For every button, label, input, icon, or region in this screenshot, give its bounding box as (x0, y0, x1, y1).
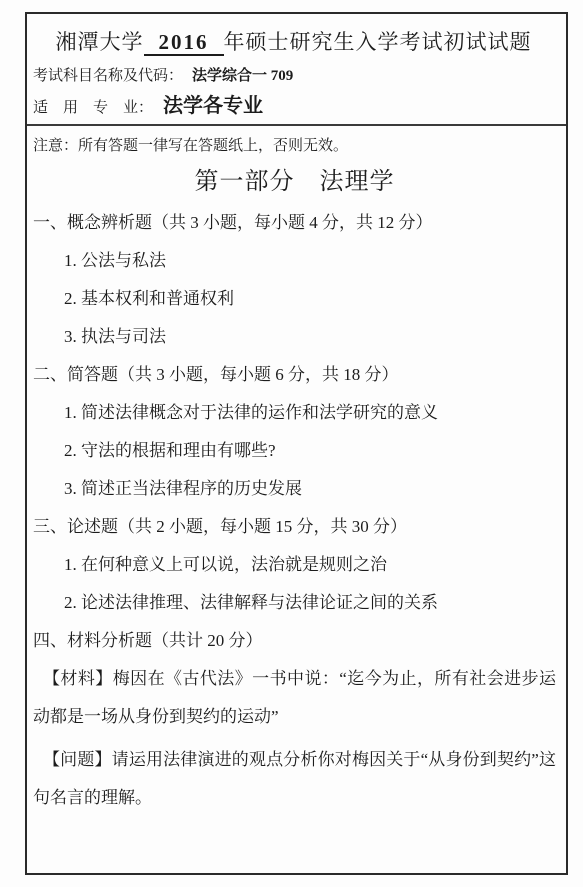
paper-body: 注意：所有答题一律写在答题纸上，否则无效。 第一部分 法理学 一、概念辨析题（共… (27, 126, 566, 817)
subject-label: 考试科目名称及代码： (33, 68, 183, 84)
section-2-item-2: 2. 守法的根据和理由有哪些? (33, 432, 556, 470)
exam-paper-page: 湘潭大学2016年硕士研究生入学考试初试试题 考试科目名称及代码：法学综合一 7… (0, 0, 583, 887)
exam-title-university: 湘潭大学 (56, 30, 144, 54)
section-3-heading: 三、论述题（共 2 小题，每小题 15 分，共 30 分） (33, 508, 556, 546)
part-title: 第一部分 法理学 (33, 163, 556, 201)
section-1-item-3: 3. 执法与司法 (33, 318, 556, 356)
section-1-item-2: 2. 基本权利和普通权利 (33, 280, 556, 318)
section-1-item-1: 1. 公法与私法 (33, 242, 556, 280)
section-2-heading: 二、简答题（共 3 小题，每小题 6 分，共 18 分） (33, 356, 556, 394)
exam-title: 湘潭大学2016年硕士研究生入学考试初试试题 (33, 26, 554, 58)
section-3-item-2: 2. 论述法律推理、法律解释与法律论证之间的关系 (33, 584, 556, 622)
major-label: 适 用 专 业： (33, 100, 153, 116)
material-paragraph: 【材料】梅因在《古代法》一书中说：“迄今为止，所有社会进步运动都是一场从身份到契… (33, 660, 556, 736)
section-2-item-3: 3. 简述正当法律程序的历史发展 (33, 470, 556, 508)
notice-text: 注意：所有答题一律写在答题纸上，否则无效。 (33, 131, 556, 161)
section-2-item-1: 1. 简述法律概念对于法律的运作和法学研究的意义 (33, 394, 556, 432)
question-paragraph: 【问题】请运用法律演进的观点分析你对梅因关于“从身份到契约”这句名言的理解。 (33, 741, 556, 817)
section-3-item-1: 1. 在何种意义上可以说，法治就是规则之治 (33, 546, 556, 584)
subject-value: 法学综合一 709 (192, 68, 293, 84)
subject-row: 考试科目名称及代码：法学综合一 709 (33, 63, 554, 90)
section-4-heading: 四、材料分析题（共计 20 分） (33, 622, 556, 660)
section-1-heading: 一、概念辨析题（共 3 小题，每小题 4 分，共 12 分） (33, 204, 556, 242)
paper-header: 湘潭大学2016年硕士研究生入学考试初试试题 考试科目名称及代码：法学综合一 7… (27, 14, 566, 126)
exam-title-year: 2016 (144, 30, 224, 56)
exam-title-suffix: 年硕士研究生入学考试初试试题 (224, 30, 532, 54)
major-value: 法学各专业 (163, 95, 263, 117)
major-row: 适 用 专 业：法学各专业 (33, 91, 554, 123)
paper-border-frame: 湘潭大学2016年硕士研究生入学考试初试试题 考试科目名称及代码：法学综合一 7… (25, 12, 568, 875)
